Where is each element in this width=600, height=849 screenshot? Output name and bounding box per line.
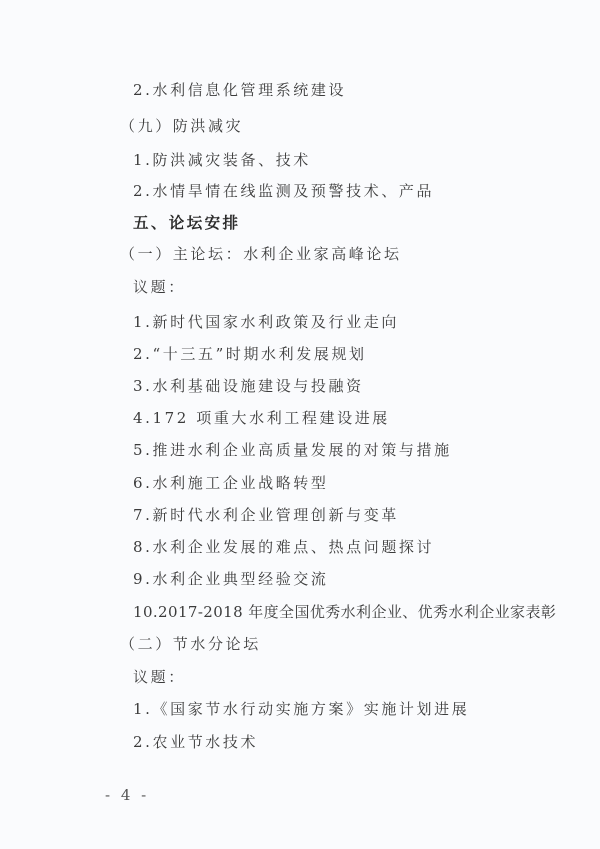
- list-item: 2.“十三五”时期水利发展规划: [133, 345, 367, 363]
- topics-label: 议题：: [133, 668, 186, 686]
- list-item: 7.新时代水利企业管理创新与变革: [133, 506, 399, 524]
- list-item: 5.推进水利企业高质量发展的对策与措施: [133, 441, 452, 459]
- subsection-title: （一）主论坛：水利企业家高峰论坛: [120, 245, 402, 263]
- list-item: 6.水利施工企业战略转型: [133, 474, 329, 492]
- document-page: 2.水利信息化管理系统建设 （九）防洪减灾 1.防洪减灾装备、技术 2.水情旱情…: [0, 0, 600, 849]
- subsection-title: （九）防洪减灾: [120, 117, 243, 135]
- list-item: 9.水利企业典型经验交流: [133, 570, 329, 588]
- list-item: 1.新时代国家水利政策及行业走向: [133, 313, 399, 331]
- list-item: 2.水情旱情在线监测及预警技术、产品: [133, 182, 434, 200]
- list-item: 1.《国家节水行动实施方案》实施计划进展: [133, 700, 469, 718]
- list-item: 10.2017-2018 年度全国优秀水利企业、优秀水利企业家表彰: [133, 603, 556, 621]
- list-item: 2.水利信息化管理系统建设: [133, 81, 346, 99]
- list-item: 3.水利基础设施建设与投融资: [133, 377, 364, 395]
- topics-label: 议题：: [133, 278, 186, 296]
- list-item: 8.水利企业发展的难点、热点问题探讨: [133, 538, 434, 556]
- list-item: 1.防洪减灾装备、技术: [133, 151, 311, 169]
- subsection-title: （二）节水分论坛: [120, 635, 261, 653]
- page-number: - 4 -: [105, 786, 149, 804]
- list-item: 4.172 项重大水利工程建设进展: [133, 409, 390, 427]
- list-item: 2.农业节水技术: [133, 733, 258, 751]
- section-heading: 五、论坛安排: [133, 214, 240, 232]
